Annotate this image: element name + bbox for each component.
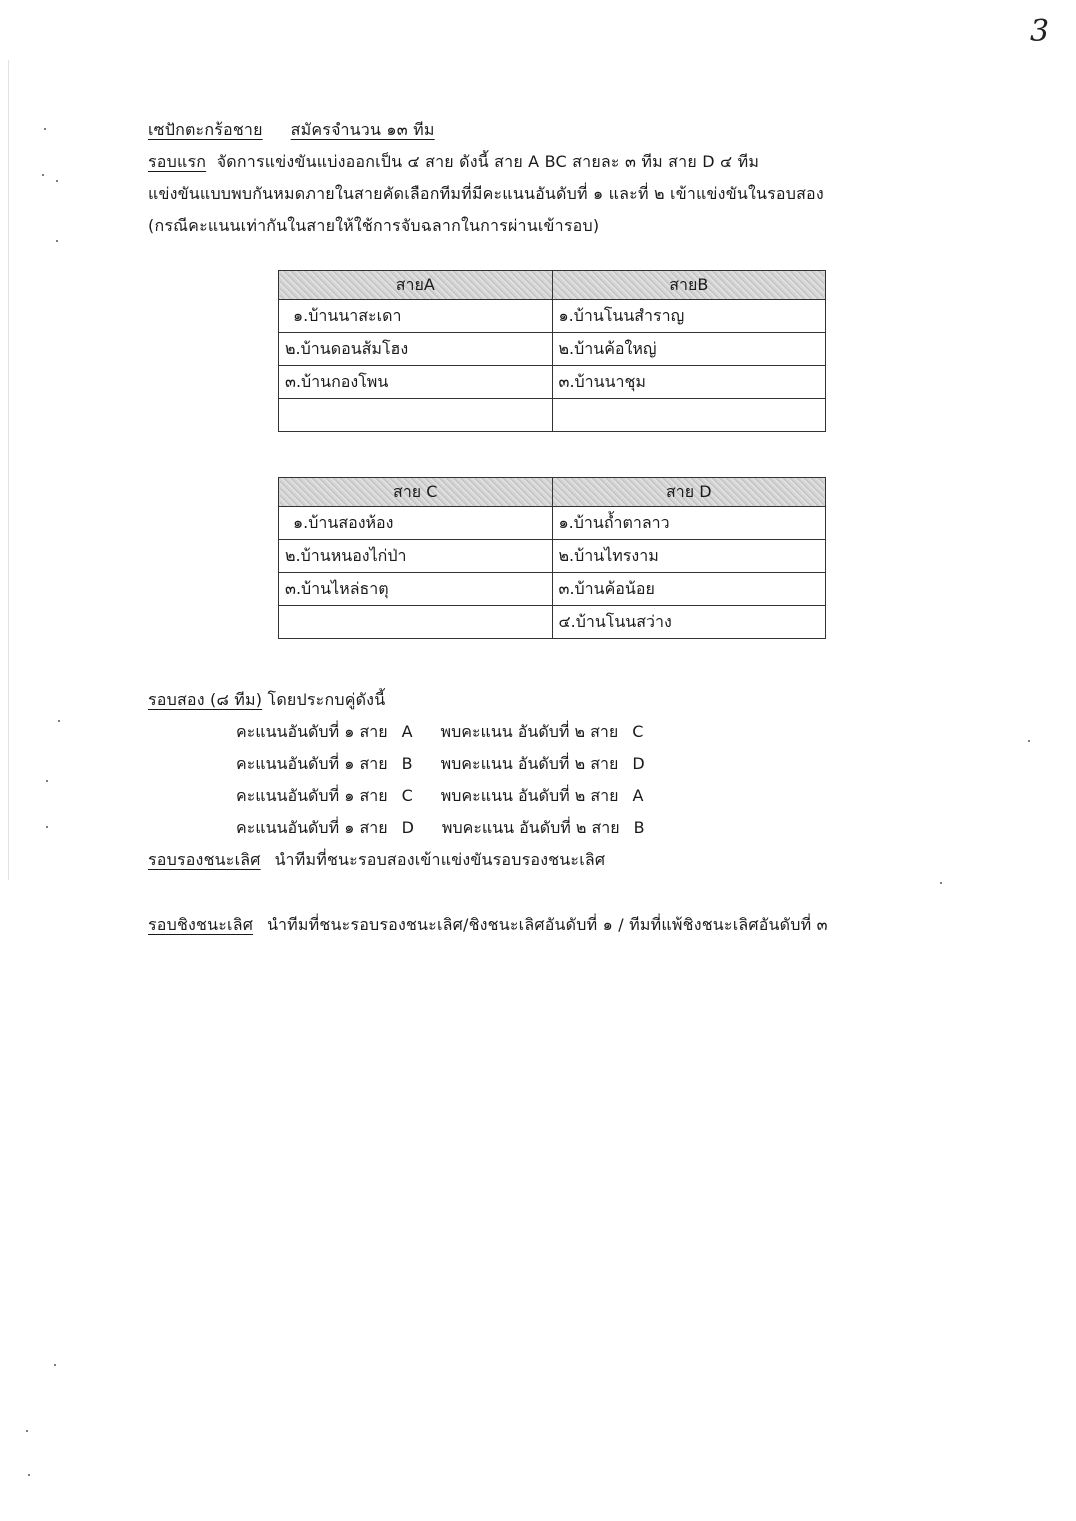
final-label: รอบชิงชนะเลิศ bbox=[148, 915, 253, 934]
scan-speck bbox=[44, 128, 46, 130]
round1-line2: แข่งขันแบบพบกันหมดภายในสายคัดเลือกทีมที่… bbox=[148, 182, 824, 207]
round1-line3: (กรณีคะแนนเท่ากันในสายให้ใช้การจับฉลากใน… bbox=[148, 214, 599, 239]
team-cell: ๔.บ้านโนนสว่าง bbox=[552, 606, 826, 639]
round2-heading: รอบสอง (๘ ทีม) โดยประกบคู่ดังนี้ bbox=[148, 688, 385, 713]
team-cell: ๑.บ้านนาสะเดา bbox=[279, 300, 553, 333]
team-cell: ๑.บ้านโนนสำราญ bbox=[552, 300, 826, 333]
team-cell bbox=[279, 399, 553, 432]
match-vs: พบคะแนน อันดับที่ ๒ สาย bbox=[441, 720, 619, 745]
match-left-group: C bbox=[402, 786, 413, 805]
table-row: ๑.บ้านนาสะเดา ๑.บ้านโนนสำราญ bbox=[279, 300, 826, 333]
group-b-header: สายB bbox=[552, 271, 826, 300]
match-left-group: A bbox=[402, 722, 413, 741]
match-vs: พบคะแนน อันดับที่ ๒ สาย bbox=[441, 752, 619, 777]
final-text: นำทีมที่ชนะรอบรองชนะเลิศ/ชิงชนะเลิศอันดั… bbox=[267, 915, 828, 934]
match-left: คะแนนอันดับที่ ๑ สาย bbox=[236, 752, 388, 777]
match-left: คะแนนอันดับที่ ๑ สาย bbox=[236, 720, 388, 745]
match-right-group: C bbox=[632, 722, 643, 741]
scan-speck bbox=[46, 826, 48, 828]
semifinal-line: รอบรองชนะเลิศนำทีมที่ชนะรอบสองเข้าแข่งขั… bbox=[148, 848, 605, 873]
team-cell: ๑.บ้านสองห้อง bbox=[279, 507, 553, 540]
sport-title: เซปักตะกร้อชาย bbox=[148, 120, 263, 139]
team-cell: ๒.บ้านดอนส้มโฮง bbox=[279, 333, 553, 366]
group-table-cd: สาย C สาย D ๑.บ้านสองห้อง ๑.บ้านถ้ำตาลาว… bbox=[278, 477, 826, 639]
group-d-header: สาย D bbox=[552, 478, 826, 507]
table-row: ๓.บ้านกองโพน ๓.บ้านนาชุม bbox=[279, 366, 826, 399]
match-row: คะแนนอันดับที่ ๑ สายBพบคะแนน อันดับที่ ๒… bbox=[236, 752, 645, 777]
group-c-header: สาย C bbox=[279, 478, 553, 507]
match-left: คะแนนอันดับที่ ๑ สาย bbox=[236, 816, 388, 841]
team-cell: ๓.บ้านค้อน้อย bbox=[552, 573, 826, 606]
round1-line1: รอบแรก จัดการแข่งขันแบ่งออกเป็น ๔ สาย ดั… bbox=[148, 150, 759, 175]
table-row: ๔.บ้านโนนสว่าง bbox=[279, 606, 826, 639]
scan-speck bbox=[28, 1474, 30, 1476]
match-left: คะแนนอันดับที่ ๑ สาย bbox=[236, 784, 388, 809]
scan-speck bbox=[940, 882, 942, 884]
team-cell: ๑.บ้านถ้ำตาลาว bbox=[552, 507, 826, 540]
round2-label: รอบสอง (๘ ทีม) bbox=[148, 690, 262, 709]
final-line: รอบชิงชนะเลิศนำทีมที่ชนะรอบรองชนะเลิศ/ชิ… bbox=[148, 913, 828, 938]
scan-speck bbox=[46, 780, 48, 782]
semifinal-text: นำทีมที่ชนะรอบสองเข้าแข่งขันรอบรองชนะเลิ… bbox=[275, 850, 606, 869]
match-right-group: D bbox=[632, 754, 644, 773]
scan-speck bbox=[1028, 740, 1030, 742]
match-row: คะแนนอันดับที่ ๑ สายDพบคะแนน อันดับที่ ๒… bbox=[236, 816, 645, 841]
semifinal-label: รอบรองชนะเลิศ bbox=[148, 850, 261, 869]
match-row: คะแนนอันดับที่ ๑ สายAพบคะแนน อันดับที่ ๒… bbox=[236, 720, 643, 745]
page-number: 3 bbox=[1030, 14, 1049, 49]
table-row: ๑.บ้านสองห้อง ๑.บ้านถ้ำตาลาว bbox=[279, 507, 826, 540]
team-cell: ๒.บ้านหนองไก่ป่า bbox=[279, 540, 553, 573]
group-a-header: สายA bbox=[279, 271, 553, 300]
round2-intro: โดยประกบคู่ดังนี้ bbox=[268, 690, 386, 709]
round1-label: รอบแรก bbox=[148, 152, 206, 171]
table-row bbox=[279, 399, 826, 432]
team-cell: ๒.บ้านไทรงาม bbox=[552, 540, 826, 573]
match-vs: พบคะแนน อันดับที่ ๒ สาย bbox=[441, 784, 619, 809]
registered-count: สมัครจำนวน ๑๓ ทีม bbox=[291, 120, 435, 139]
team-cell bbox=[552, 399, 826, 432]
group-table-ab: สายA สายB ๑.บ้านนาสะเดา ๑.บ้านโนนสำราญ ๒… bbox=[278, 270, 826, 432]
scan-speck bbox=[58, 720, 60, 722]
team-cell: ๓.บ้านไหล่ธาตุ bbox=[279, 573, 553, 606]
scan-speck bbox=[56, 240, 58, 242]
round1-text: จัดการแข่งขันแบ่งออกเป็น ๔ สาย ดังนี้ สา… bbox=[217, 152, 759, 171]
match-left-group: D bbox=[402, 818, 414, 837]
match-left-group: B bbox=[402, 754, 413, 773]
match-row: คะแนนอันดับที่ ๑ สายCพบคะแนน อันดับที่ ๒… bbox=[236, 784, 643, 809]
table-row: ๓.บ้านไหล่ธาตุ ๓.บ้านค้อน้อย bbox=[279, 573, 826, 606]
scan-speck bbox=[42, 174, 44, 176]
match-right-group: A bbox=[633, 786, 644, 805]
team-cell: ๓.บ้านกองโพน bbox=[279, 366, 553, 399]
table-row: ๒.บ้านหนองไก่ป่า ๒.บ้านไทรงาม bbox=[279, 540, 826, 573]
section-heading: เซปักตะกร้อชายสมัครจำนวน ๑๓ ทีม bbox=[148, 118, 435, 143]
scan-speck bbox=[54, 1364, 56, 1366]
match-right-group: B bbox=[634, 818, 645, 837]
scan-speck bbox=[56, 180, 58, 182]
team-cell: ๒.บ้านค้อใหญ่ bbox=[552, 333, 826, 366]
match-vs: พบคะแนน อันดับที่ ๒ สาย bbox=[442, 816, 620, 841]
team-cell: ๓.บ้านนาชุม bbox=[552, 366, 826, 399]
scan-edge bbox=[8, 60, 9, 880]
team-cell bbox=[279, 606, 553, 639]
scan-speck bbox=[26, 1430, 28, 1432]
table-row: ๒.บ้านดอนส้มโฮง ๒.บ้านค้อใหญ่ bbox=[279, 333, 826, 366]
